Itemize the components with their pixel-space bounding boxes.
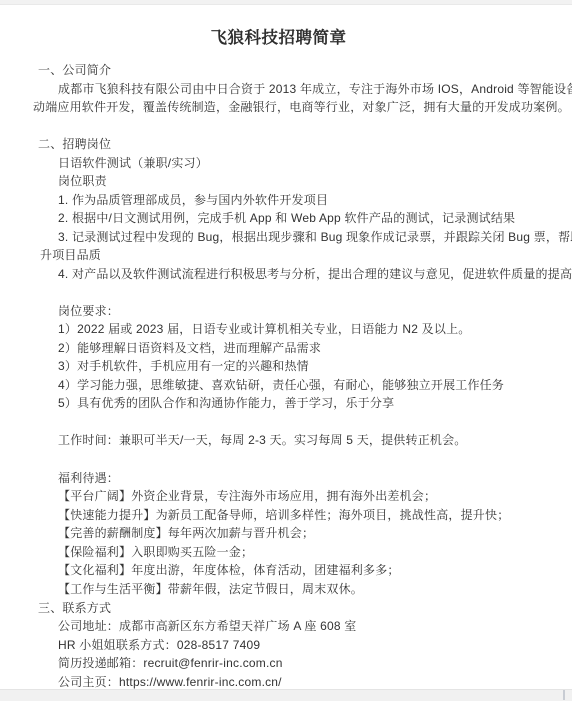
benefits-heading: 福利待遇： <box>58 470 119 487</box>
requirement-3: 3）对手机软件，手机应用有一定的兴趣和热情 <box>58 358 309 375</box>
horizontal-scrollbar-track[interactable] <box>0 689 572 701</box>
duties-heading: 岗位职责 <box>58 173 107 190</box>
section2-heading: 二、招聘岗位 <box>38 136 111 153</box>
scrollbar-corner-divider <box>563 690 565 700</box>
benefit-3: 【完善的薪酬制度】每年两次加薪与晋升机会； <box>58 525 314 542</box>
section1-heading: 一、公司简介 <box>38 62 111 79</box>
document-page: { "colors": { "text": "#333333", "page_b… <box>0 0 572 701</box>
contact-phone: HR 小姐姐联系方式：028-8517 7409 <box>58 637 260 654</box>
requirement-2: 2）能够理解日语资料及文档，进而理解产品需求 <box>58 340 321 357</box>
duty-item-2: 2. 根据中/日文测试用例，完成手机 App 和 Web App 软件产品的测试… <box>58 210 515 227</box>
contact-email: 简历投递邮箱：recruit@fenrir-inc.com.cn <box>58 655 283 672</box>
benefit-2: 【快速能力提升】为新员工配备导师，培训多样性；海外项目，挑战性高，提升快； <box>58 507 509 524</box>
job-title: 日语软件测试（兼职/实习） <box>58 155 208 172</box>
requirement-1: 1）2022 届或 2023 届，日语专业或计算机相关专业，日语能力 N2 及以… <box>58 321 470 338</box>
requirements-heading: 岗位要求： <box>58 303 119 320</box>
duty-item-3-wrap: 升项目品质 <box>40 247 101 264</box>
requirement-5: 5）具有优秀的团队合作和沟通协作能力，善于学习，乐于分享 <box>58 395 394 412</box>
benefit-1: 【平台广阔】外资企业背景，专注海外市场应用，拥有海外出差机会； <box>58 488 436 505</box>
contact-address: 公司地址：成都市高新区东方希望天祥广场 A 座 608 室 <box>58 618 357 635</box>
section3-heading: 三、联系方式 <box>38 600 111 617</box>
benefit-6: 【工作与生活平衡】带薪年假，法定节假日，周末双休。 <box>58 581 363 598</box>
benefit-5: 【文化福利】年度出游，年度体检，体育活动，团建福利多多； <box>58 562 400 579</box>
work-time: 工作时间：兼职可半天/一天，每周 2-3 天。实习每周 5 天，提供转正机会。 <box>58 432 467 449</box>
window-top-strip <box>0 0 572 5</box>
duty-item-4: 4. 对产品以及软件测试流程进行积极思考与分析，提出合理的建议与意见，促进软件质… <box>58 266 572 283</box>
duty-item-3: 3. 记录测试过程中发现的 Bug，根据出现步骤和 Bug 现象作成记录票，并跟… <box>58 229 572 246</box>
company-intro-line2: 动端应用软件开发，覆盖传统制造，金融银行，电商等行业，对象广泛，拥有大量的开发成… <box>33 99 570 116</box>
company-intro-line1: 成都市飞狼科技有限公司由中日合资于 2013 年成立，专注于海外市场 IOS，A… <box>58 81 572 98</box>
duty-item-1: 1. 作为品质管理部成员，参与国内外软件开发项目 <box>58 192 328 209</box>
document-title: 飞狼科技招聘简章 <box>3 24 554 48</box>
requirement-4: 4）学习能力强，思维敏捷、喜欢钻研，责任心强，有耐心，能够独立开展工作任务 <box>58 377 504 394</box>
benefit-4: 【保险福利】入职即购买五险一金； <box>58 544 253 561</box>
